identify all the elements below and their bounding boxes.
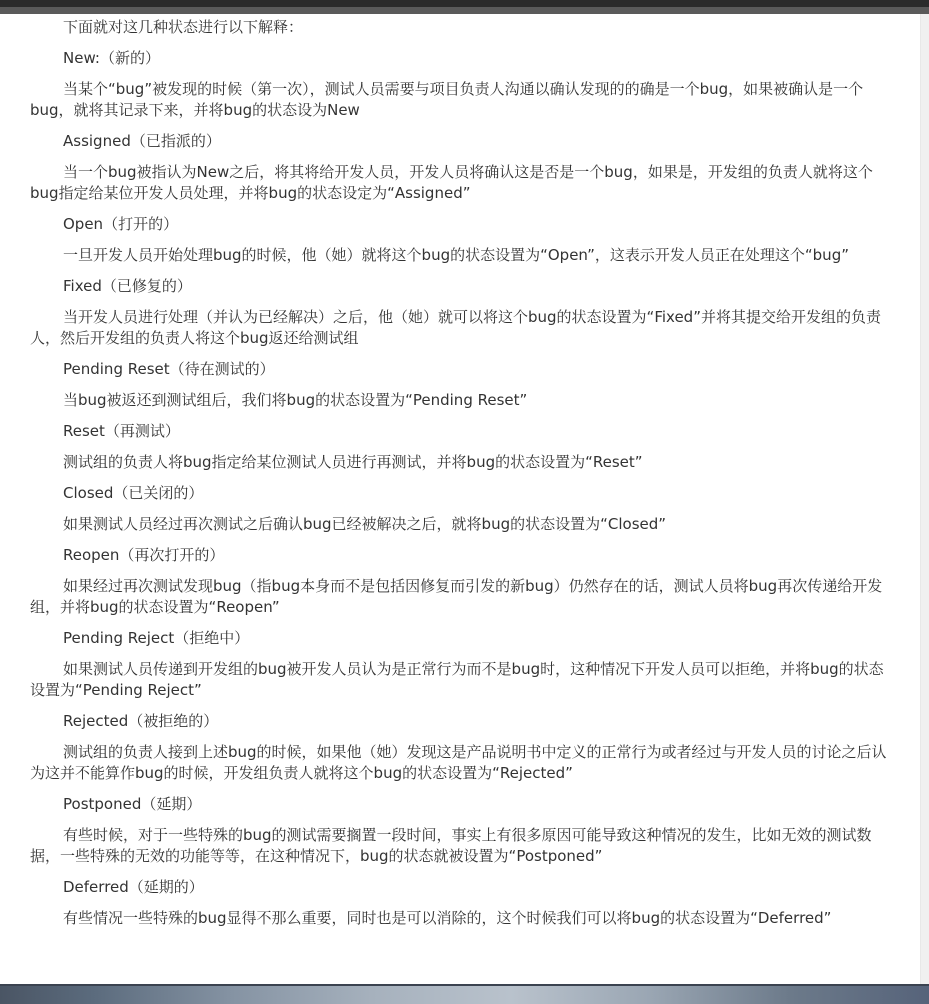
window-top-bar: [0, 0, 929, 7]
status-description-closed: 如果测试人员经过再次测试之后确认bug已经被解决之后，就将bug的状态设置为“C…: [30, 514, 892, 535]
status-description-reset: 测试组的负责人将bug指定给某位测试人员进行再测试，并将bug的状态设置为“Re…: [30, 452, 892, 473]
status-description-pending-reject: 如果测试人员传递到开发组的bug被开发人员认为是正常行为而不是bug时，这种情况…: [30, 659, 892, 701]
article-body: 下面就对这几种状态进行以下解释： New:（新的） 当某个“bug”被发现的时候…: [30, 14, 892, 929]
status-description-pending-reset: 当bug被返还到测试组后，我们将bug的状态设置为“Pending Reset”: [30, 390, 892, 411]
status-heading-assigned: Assigned（已指派的）: [30, 131, 892, 152]
status-heading-postponed: Postponed（延期）: [30, 794, 892, 815]
status-heading-closed: Closed（已关闭的）: [30, 483, 892, 504]
status-heading-reset: Reset（再测试）: [30, 421, 892, 442]
status-heading-deferred: Deferred（延期的）: [30, 877, 892, 898]
desktop-background-strip: [0, 984, 929, 1002]
status-description-rejected: 测试组的负责人接到上述bug的时候，如果他（她）发现这是产品说明书中定义的正常行…: [30, 742, 892, 784]
status-heading-open: Open（打开的）: [30, 214, 892, 235]
status-heading-reopen: Reopen（再次打开的）: [30, 545, 892, 566]
status-heading-pending-reject: Pending Reject（拒绝中）: [30, 628, 892, 649]
status-description-postponed: 有些时候，对于一些特殊的bug的测试需要搁置一段时间，事实上有很多原因可能导致这…: [30, 825, 892, 867]
status-description-fixed: 当开发人员进行处理（并认为已经解决）之后，他（她）就可以将这个bug的状态设置为…: [30, 307, 892, 349]
status-description-assigned: 当一个bug被指认为New之后，将其将给开发人员，开发人员将确认这是否是一个bu…: [30, 162, 892, 204]
article-intro: 下面就对这几种状态进行以下解释：: [30, 17, 892, 38]
page-right-gutter: [920, 14, 929, 984]
status-heading-pending-reset: Pending Reset（待在测试的）: [30, 359, 892, 380]
status-description-reopen: 如果经过再次测试发现bug（指bug本身而不是包括因修复而引发的新bug）仍然存…: [30, 576, 892, 618]
status-heading-new: New:（新的）: [30, 48, 892, 69]
status-heading-rejected: Rejected（被拒绝的）: [30, 711, 892, 732]
status-description-deferred: 有些情况一些特殊的bug显得不那么重要，同时也是可以消除的，这个时候我们可以将b…: [30, 908, 892, 929]
status-description-open: 一旦开发人员开始处理bug的时候，他（她）就将这个bug的状态设置为“Open”…: [30, 245, 892, 266]
status-description-new: 当某个“bug”被发现的时候（第一次），测试人员需要与项目负责人沟通以确认发现的…: [30, 79, 892, 121]
status-heading-fixed: Fixed（已修复的）: [30, 276, 892, 297]
document-page: 下面就对这几种状态进行以下解释： New:（新的） 当某个“bug”被发现的时候…: [0, 14, 920, 984]
